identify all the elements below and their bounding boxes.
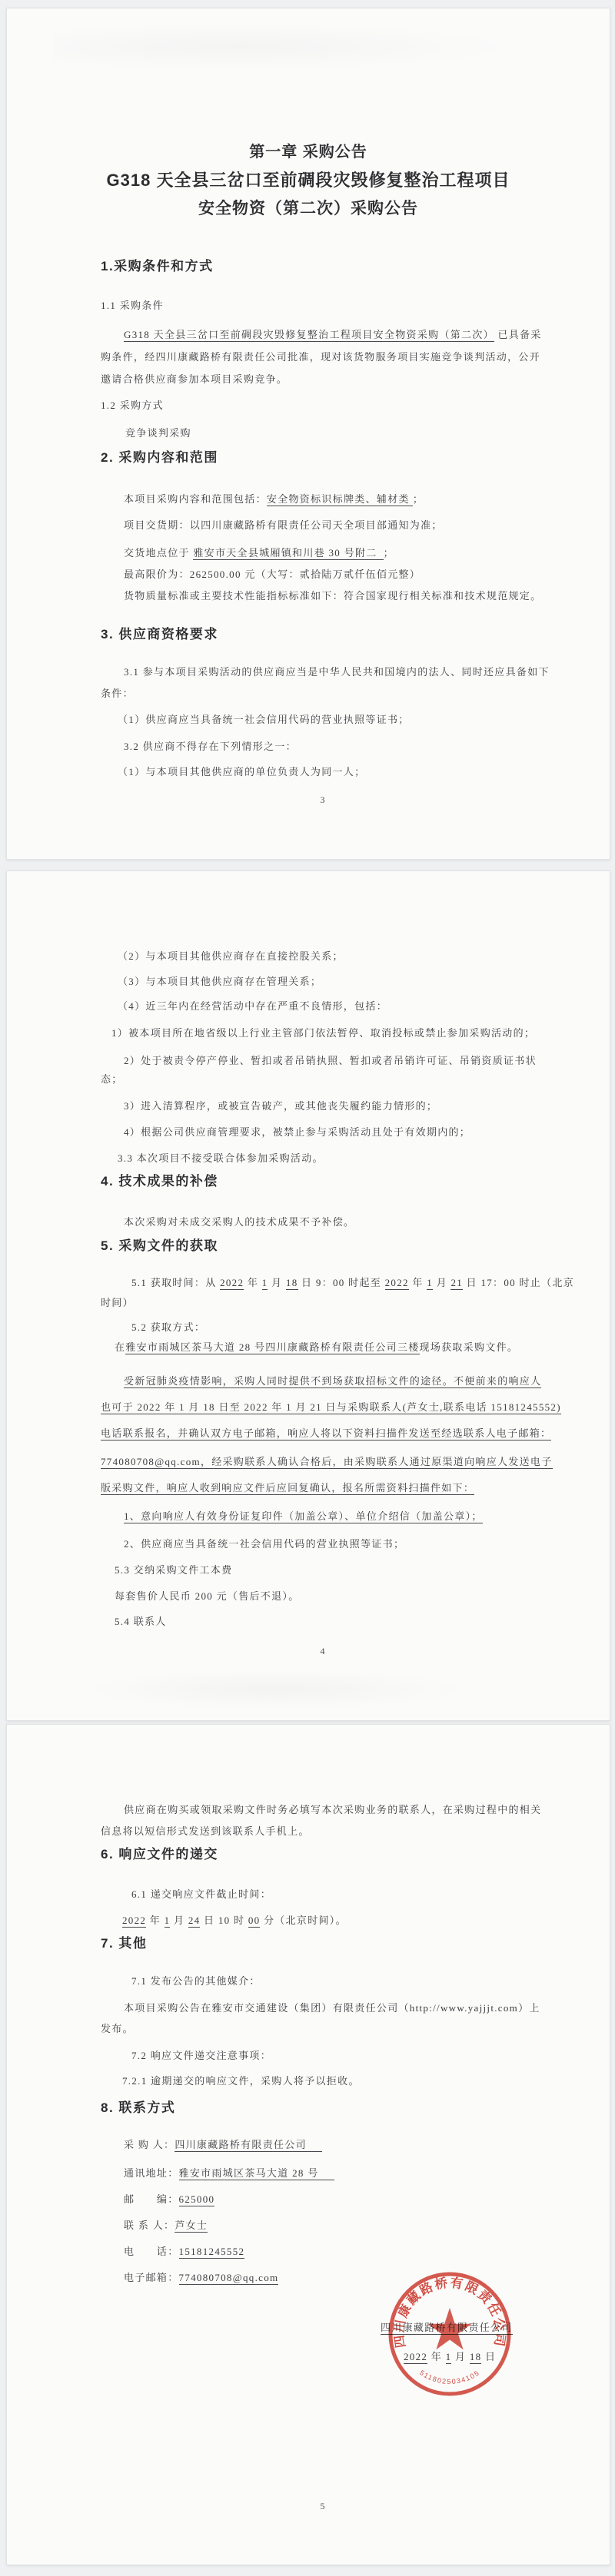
document-page-3: 供应商在购买或领取采购文件时务必填写本次采购业务的联系人，在采购过程中的相关信息… (6, 1724, 610, 2565)
text-line: 3.3 本次项目不接受联合体参加采购活动。 (118, 1153, 324, 1165)
document-page-2: （2）与本项目其他供应商存在直接控股关系；（3）与本项目其他供应商存在管理关系；… (6, 870, 610, 1721)
text-segment: 8. 联系方式 (101, 2100, 175, 2115)
text-segment: 2. 采购内容和范围 (101, 450, 218, 465)
underlined-text-segment: 四川康藏路桥有限责任公司 (175, 2139, 322, 2152)
underlined-text-segment: 1 (427, 1277, 433, 1290)
contact-postcode: 邮 编：625000 (124, 2194, 214, 2206)
text-line: 在雅安市雨城区茶马大道 28 号四川康藏路桥有限责任公司三楼现场获取采购文件。 (115, 1342, 518, 1354)
text-line: 也可于 2022 年 1 月 18 日至 2022 年 1 月 21 日与采购联… (101, 1402, 561, 1414)
text-segment: 时间） (101, 1297, 134, 1308)
text-segment: 在 (115, 1341, 125, 1353)
seal-star (428, 2308, 472, 2349)
underlined-text-segment: 雅安市天全县城厢镇和川巷 30 号附二 (193, 547, 383, 560)
text-segment: 7.2 响应文件递交注意事项： (131, 2050, 271, 2061)
text-segment: 5.1 获取时间：从 (131, 1277, 220, 1288)
document-title-line-2: 安全物资（第二次）采购公告 (7, 200, 610, 218)
underlined-text-segment: 15181245552 (179, 2246, 245, 2259)
text-segment: 本项目采购内容和范围包括： (124, 493, 267, 505)
underlined-text-segment: G318 天全县三岔口至前碉段灾毁修复整治工程项目安全物资采购（第二次） (124, 329, 494, 342)
text-segment: 日 10 时 (200, 1915, 248, 1926)
text-line: 4）根据公司供应商管理要求，被禁止参与采购活动且处于有效期内的； (124, 1127, 470, 1139)
text-segment: ； (413, 493, 424, 505)
seal-serial-text: 5118025034105 (418, 2369, 481, 2385)
text-segment: 分（北京时间）。 (260, 1915, 346, 1926)
underlined-text-segment: 电话联系报名，并确认双方电子邮箱，响应人将以下资料扫描件发送至经选联系人电子邮箱… (101, 1427, 551, 1441)
text-line: 电话联系报名，并确认双方电子邮箱，响应人将以下资料扫描件发送至经选联系人电子邮箱… (101, 1428, 551, 1440)
text-line: 7.2 响应文件递交注意事项： (131, 2051, 271, 2062)
text-line: 购条件，经四川康藏路桥有限责任公司批准，现对该货物服务项目实施竞争谈判活动，公开 (101, 352, 540, 363)
text-segment: 4 (321, 1646, 325, 1656)
text-segment: 3. 供应商资格要求 (101, 627, 218, 642)
text-segment: 信息将以短信形式发送到该联系人手机上。 (101, 1825, 310, 1837)
text-segment: 月 (433, 1277, 450, 1288)
text-line: 7.1 发布公告的其他媒介： (131, 1976, 261, 1988)
text-line: 7.2.1 逾期递交的响应文件，采购人将予以拒收。 (122, 2076, 360, 2087)
scanned-document-view: 第一章 采购公告G318 天全县三岔口至前碉段灾毁修复整治工程项目安全物资（第二… (0, 0, 615, 2576)
text-line: 项目交货期：以四川康藏路桥有限责任公司天全项目部通知为准； (124, 520, 443, 532)
text-line: 态； (101, 1074, 123, 1086)
page-number: 4 (101, 1646, 544, 1657)
text-segment: 7.2.1 逾期递交的响应文件，采购人将予以拒收。 (122, 2075, 360, 2087)
contact-address: 通讯地址：雅安市雨城区茶马大道 28 号 (124, 2168, 334, 2180)
text-segment: 联 系 人： (124, 2220, 175, 2231)
text-line: 5.3 交纳采购文件工本费 (115, 1565, 232, 1576)
underlined-text-segment: 雅安市雨城区茶马大道 28 号 (179, 2167, 334, 2180)
text-line: 1.1 采购条件 (101, 300, 164, 312)
text-segment: 5.2 获取方式： (131, 1321, 205, 1333)
text-segment: 日 17：00 时止（北京 (463, 1277, 574, 1288)
section-1-heading: 1.采购条件和方式 (101, 259, 214, 274)
page-number: 5 (101, 2501, 544, 2512)
text-segment: 7.1 发布公告的其他媒介： (131, 1975, 261, 1987)
text-segment: 6.1 递交响应文件截止时间： (131, 1888, 271, 1900)
contact-person: 联 系 人：芦女士 (124, 2220, 208, 2232)
text-segment: 条件： (101, 688, 134, 699)
underlined-text-segment: 2022 (385, 1277, 409, 1290)
text-segment: 3.2 供应商不得存在下列情形之一： (124, 741, 297, 752)
underlined-text-segment: 625000 (179, 2193, 215, 2206)
text-segment: 本项目采购公告在雅安市交通建设（集团）有限责任公司（http://www.yaj… (124, 2002, 540, 2014)
text-segment: 邮 编： (124, 2193, 179, 2205)
text-line: （4）近三年内在经营活动中存在严重不良情形，包括： (118, 1001, 387, 1013)
text-segment: 年 (409, 1277, 427, 1288)
text-segment: 2、供应商应当具备统一社会信用代码的营业执照等证书； (124, 1538, 404, 1550)
text-line: 2022 年 1 月 24 日 10 时 00 分（北京时间）。 (122, 1915, 347, 1927)
text-segment: 年 (146, 1915, 164, 1926)
section-3-heading: 3. 供应商资格要求 (101, 627, 218, 642)
text-segment: 项目交货期：以四川康藏路桥有限责任公司天全项目部通知为准； (124, 519, 443, 531)
section-5-heading: 5. 采购文件的获取 (101, 1238, 218, 1254)
text-segment: 竞争谈判采购 (125, 427, 191, 439)
text-segment: 每套售价人民币 200 元（售后不退）。 (115, 1590, 300, 1602)
contact-email: 电子邮箱：774080708@qq.com (124, 2273, 278, 2284)
text-segment: （4）近三年内在经营活动中存在严重不良情形，包括： (118, 1000, 387, 1012)
text-line: 供应商在购买或领取采购文件时务必填写本次采购业务的联系人，在采购过程中的相关 (124, 1805, 541, 1816)
text-line: （3）与本项目其他供应商存在管理关系； (118, 976, 321, 988)
contact-buyer: 采 购 人：四川康藏路桥有限责任公司 (124, 2140, 322, 2151)
text-segment: 3）进入清算程序，或被宣告破产，或其他丧失履约能力情形的； (124, 1100, 437, 1112)
underlined-text-segment: 2022 (122, 1915, 146, 1928)
text-line: 5.2 获取方式： (131, 1322, 205, 1334)
text-segment: 购条件，经四川康藏路桥有限责任公司批准，现对该货物服务项目实施竞争谈判活动，公开 (101, 351, 540, 363)
underlined-text-segment: 受新冠肺炎疫情影响，采购人同时提供不到场获取招标文件的途径。不便前来的响应人 (124, 1375, 541, 1388)
underlined-text-segment: 也可于 2022 年 1 月 18 日至 2022 年 1 月 21 日与采购联… (101, 1401, 561, 1414)
section-2-heading: 2. 采购内容和范围 (101, 450, 218, 466)
underlined-text-segment: 2022 (220, 1277, 244, 1290)
text-segment: 电子邮箱： (124, 2272, 179, 2283)
text-segment: 安全物资（第二次）采购公告 (198, 200, 418, 217)
underlined-text-segment: 版采购文件，响应人收到响应文件后应回复确认，报名所需资料扫描件如下： (101, 1482, 474, 1495)
text-segment: 5.3 交纳采购文件工本费 (115, 1564, 232, 1576)
text-segment: 月 (268, 1277, 285, 1288)
underlined-text-segment: 00 (248, 1915, 261, 1928)
text-segment: 月 (170, 1915, 188, 1926)
page-number: 3 (101, 795, 544, 806)
text-line: 5.4 联系人 (115, 1616, 167, 1628)
text-segment: 本次采购对未成交采购人的技术成果不予补偿。 (124, 1216, 354, 1228)
text-line: （1）供应商应当具备统一社会信用代码的营业执照等证书； (118, 714, 410, 726)
text-segment: （3）与本项目其他供应商存在管理关系； (118, 976, 321, 987)
text-line: 本项目采购公告在雅安市交通建设（集团）有限责任公司（http://www.yaj… (124, 2003, 540, 2014)
text-line: 1）被本项目所在地省级以上行业主管部门依法暂停、取消投标或禁止参加采购活动的； (111, 1028, 535, 1039)
text-line: 3）进入清算程序，或被宣告破产，或其他丧失履约能力情形的； (124, 1101, 437, 1112)
text-segment: （1）与本项目其他供应商的单位负责人为同一人； (118, 766, 365, 777)
underlined-text-segment: 18 (286, 1277, 298, 1290)
text-segment: 3.3 本次项目不接受联合体参加采购活动。 (118, 1152, 324, 1164)
text-line: 版采购文件，响应人收到响应文件后应回复确认，报名所需资料扫描件如下： (101, 1483, 474, 1494)
text-segment: 4）根据公司供应商管理要求，被禁止参与采购活动且处于有效期内的； (124, 1126, 470, 1138)
text-segment: 1.1 采购条件 (101, 300, 164, 311)
text-line: 5.1 获取时间：从 2022 年 1 月 18 日 9：00 时起至 2022… (131, 1278, 574, 1289)
underlined-text-segment: 21 (450, 1277, 463, 1290)
section-8-heading: 8. 联系方式 (101, 2100, 175, 2116)
section-4-heading: 4. 技术成果的补偿 (101, 1174, 218, 1189)
text-segment: 1.采购条件和方式 (101, 259, 214, 274)
text-line: 受新冠肺炎疫情影响，采购人同时提供不到场获取招标文件的途径。不便前来的响应人 (124, 1376, 541, 1387)
document-title-line-1: G318 天全县三岔口至前碉段灾毁修复整治工程项目 (7, 171, 610, 190)
text-segment: 电 话： (124, 2246, 179, 2257)
text-segment: 6. 响应文件的递交 (101, 1847, 218, 1862)
underlined-text-segment: 1、意向响应人有效身份证复印件（加盖公章）、单位介绍信（加盖公章）； (124, 1510, 483, 1523)
text-line: 1、意向响应人有效身份证复印件（加盖公章）、单位介绍信（加盖公章）； (124, 1511, 483, 1523)
text-line: 本项目采购内容和范围包括：安全物资标识标牌类、辅材类； (124, 494, 424, 506)
text-line: 3.2 供应商不得存在下列情形之一： (124, 741, 297, 753)
text-line: 邀请合格供应商参加本项目采购竞争。 (101, 374, 288, 386)
text-segment: 3 (321, 794, 325, 805)
text-line: 条件： (101, 688, 134, 700)
text-segment: 年 (244, 1277, 261, 1288)
text-segment: ； (384, 547, 394, 559)
text-segment: 货物质量标准或主要技术性能指标标准如下：符合国家现行相关标准和技术规范规定。 (124, 590, 541, 602)
text-segment: 5 (321, 2501, 325, 2511)
text-line: 竞争谈判采购 (125, 428, 191, 439)
text-segment: 第一章 采购公告 (249, 144, 367, 161)
text-line: 2、供应商应当具备统一社会信用代码的营业执照等证书； (124, 1539, 404, 1550)
text-line: G318 天全县三岔口至前碉段灾毁修复整治工程项目安全物资采购（第二次） 已具备… (124, 330, 542, 341)
document-page-1: 第一章 采购公告G318 天全县三岔口至前碉段灾毁修复整治工程项目安全物资（第二… (6, 8, 610, 860)
scan-smudge (53, 24, 514, 70)
underlined-text-segment: 芦女士 (175, 2220, 208, 2233)
text-segment: 3.1 参与本项目采购活动的供应商应当是中华人民共和国境内的法人、同时还应具备如… (124, 666, 550, 678)
text-line: 774080708@qq.com，经采购联系人确认合格后，由采购联系人通过原渠道… (101, 1457, 553, 1468)
text-line: 3.1 参与本项目采购活动的供应商应当是中华人民共和国境内的法人、同时还应具备如… (124, 667, 550, 678)
text-segment: 交货地点位于 (124, 547, 193, 559)
text-segment: 已具备采 (494, 329, 542, 340)
text-segment: 1.2 采购方式 (101, 399, 164, 411)
text-line: 本次采购对未成交采购人的技术成果不予补偿。 (124, 1217, 354, 1228)
text-line: 交货地点位于 雅安市天全县城厢镇和川巷 30 号附二； (124, 548, 394, 559)
text-line: 时间） (101, 1298, 134, 1309)
contact-phone: 电 话：15181245552 (124, 2246, 244, 2258)
text-line: 最高限价为：262500.00 元（大写：贰拾陆万贰仟伍佰元整） (124, 569, 421, 581)
text-line: 2）处于被责令停产停业、暂扣或者吊销执照、暂扣或者吊销许可证、吊销资质证书状 (124, 1056, 537, 1067)
text-segment: （2）与本项目其他供应商存在直接控股关系； (118, 950, 344, 962)
text-segment: 4. 技术成果的补偿 (101, 1174, 218, 1189)
text-segment: 通讯地址： (124, 2167, 179, 2179)
text-segment: 现场获取采购文件。 (420, 1341, 519, 1353)
text-segment: （1）供应商应当具备统一社会信用代码的营业执照等证书； (118, 714, 410, 725)
text-segment: 供应商在购买或领取采购文件时务必填写本次采购业务的联系人，在采购过程中的相关 (124, 1804, 541, 1815)
text-segment: 采 购 人： (124, 2139, 175, 2150)
text-segment: 5.4 联系人 (115, 1616, 167, 1627)
text-line: 货物质量标准或主要技术性能指标标准如下：符合国家现行相关标准和技术规范规定。 (124, 591, 541, 602)
text-line: 发布。 (101, 2024, 134, 2035)
text-line: （1）与本项目其他供应商的单位负责人为同一人； (118, 767, 365, 778)
text-segment: 7. 其他 (101, 1936, 147, 1951)
text-line: 1.2 采购方式 (101, 400, 164, 412)
underlined-text-segment: 774080708@qq.com，经采购联系人确认合格后，由采购联系人通过原渠道… (101, 1456, 553, 1469)
underlined-text-segment: 774080708@qq.com (179, 2272, 279, 2285)
text-segment: G318 天全县三岔口至前碉段灾毁修复整治工程项目 (107, 171, 510, 190)
text-segment: 邀请合格供应商参加本项目采购竞争。 (101, 373, 288, 385)
text-segment: 1）被本项目所在地省级以上行业主管部门依法暂停、取消投标或禁止参加采购活动的； (111, 1027, 535, 1039)
text-line: 每套售价人民币 200 元（售后不退）。 (115, 1591, 300, 1603)
text-line: （2）与本项目其他供应商存在直接控股关系； (118, 951, 344, 963)
section-7-heading: 7. 其他 (101, 1936, 147, 1951)
underlined-text-segment: 24 (188, 1915, 201, 1928)
text-line: 信息将以短信形式发送到该联系人手机上。 (101, 1826, 310, 1838)
underlined-text-segment: 雅安市雨城区茶马大道 28 号四川康藏路桥有限责任公司三楼 (125, 1341, 419, 1354)
text-line: 6.1 递交响应文件截止时间： (131, 1889, 271, 1901)
section-6-heading: 6. 响应文件的递交 (101, 1847, 218, 1862)
text-segment: 最高限价为：262500.00 元（大写：贰拾陆万贰仟伍佰元整） (124, 569, 421, 580)
scan-smudge (84, 1670, 468, 1709)
underlined-text-segment: 安全物资标识标牌类、辅材类 (267, 493, 413, 506)
text-segment: 态； (101, 1073, 123, 1085)
text-segment: 2）处于被责令停产停业、暂扣或者吊销执照、暂扣或者吊销许可证、吊销资质证书状 (124, 1055, 537, 1066)
text-segment: 5. 采购文件的获取 (101, 1238, 218, 1253)
company-seal: 四川康藏路桥有限责任公司 5118025034105 (384, 2268, 515, 2400)
chapter-title: 第一章 采购公告 (7, 144, 610, 161)
text-segment: 日 9：00 时起至 (298, 1277, 385, 1288)
text-segment: 发布。 (101, 2023, 134, 2034)
